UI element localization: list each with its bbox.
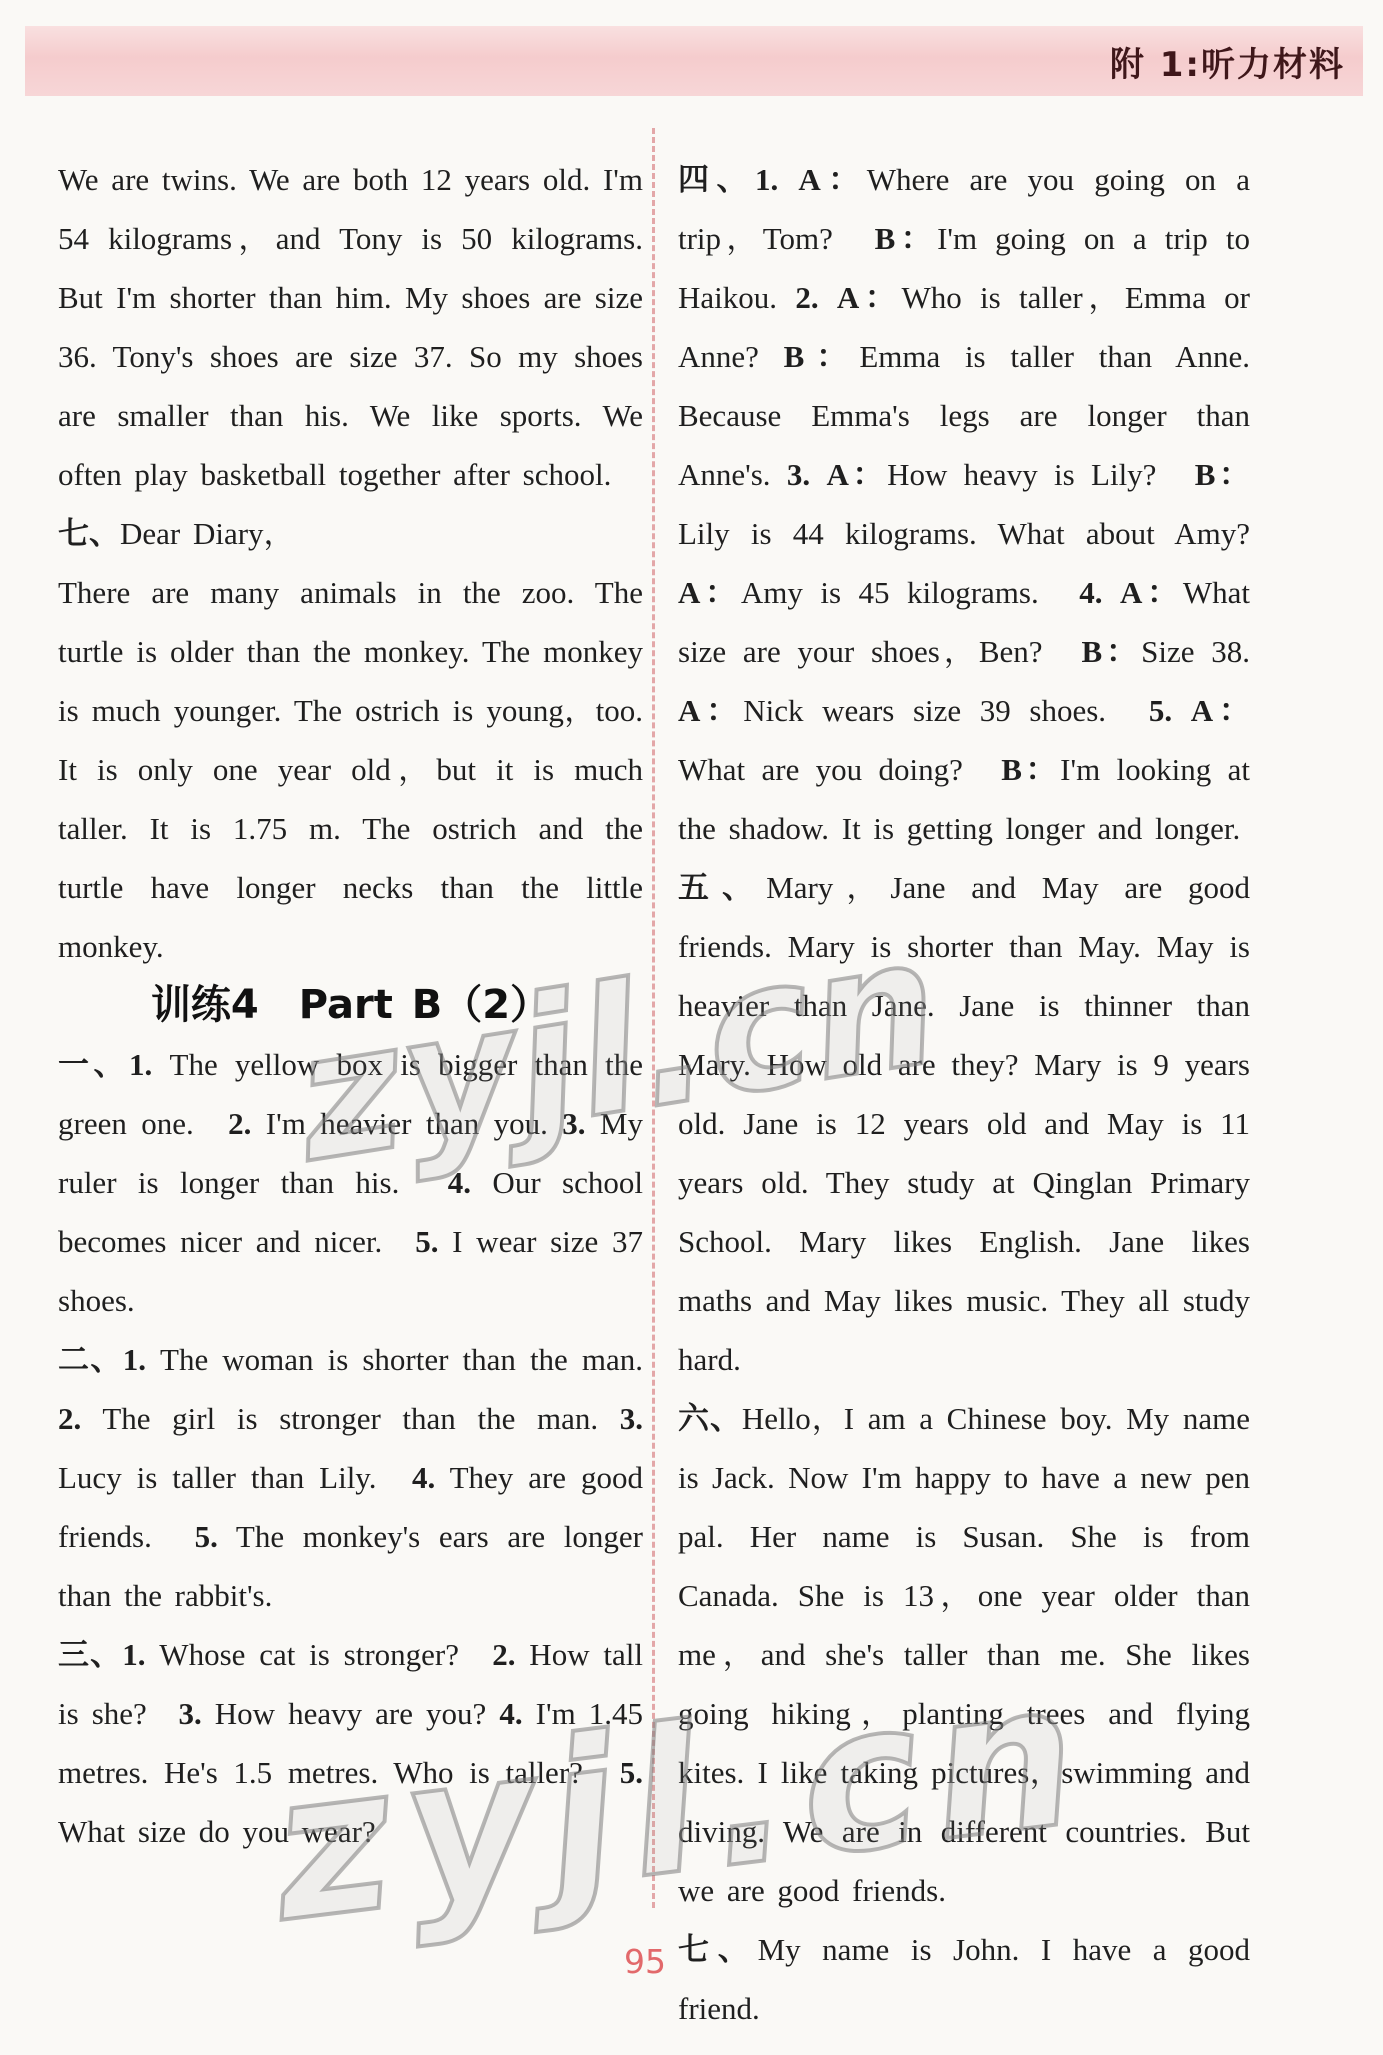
text-run: Whose cat is stronger? <box>145 1637 492 1672</box>
bold-run: A： <box>798 162 866 197</box>
bold-run: A： <box>678 693 743 728</box>
bold-run: A： <box>678 575 741 610</box>
bold-run: 4. <box>448 1165 471 1200</box>
bold-run: 5. <box>1149 693 1172 728</box>
bold-run: A： <box>1120 575 1183 610</box>
bold-run: B： <box>1001 752 1060 787</box>
bold-run: A： <box>1191 693 1250 728</box>
paragraph: 一、1. The yellow box is bigger than the g… <box>58 1035 643 1330</box>
text-run: How heavy is Lily? <box>887 457 1195 492</box>
paragraph: 四、1. A：Where are you going on a trip，Tom… <box>678 150 1250 858</box>
text-run: Lucy is taller than Lily. <box>58 1460 412 1495</box>
bold-run: 二、1. <box>58 1342 146 1377</box>
bold-run: 训练4 Part B（2） <box>151 982 550 1028</box>
text-run: My name is John. I have a good friend. <box>678 1932 1250 2026</box>
text-run <box>819 280 837 315</box>
bold-run: 5. <box>415 1224 438 1259</box>
paragraph: 七、Dear Diary， <box>58 504 643 563</box>
paragraph: There are many animals in the zoo. The t… <box>58 563 643 976</box>
bold-run: 一、1. <box>58 1047 152 1082</box>
bold-run: B： <box>1082 634 1142 669</box>
text-run: There are many animals in the zoo. The t… <box>58 575 643 964</box>
paragraph: 七、My name is John. I have a good friend. <box>678 1920 1250 2038</box>
bold-run: A： <box>837 280 902 315</box>
bold-run: 4. <box>499 1696 522 1731</box>
bold-run: 3. <box>787 457 810 492</box>
bold-run: 三、1. <box>58 1637 145 1672</box>
text-run: Dear Diary， <box>120 516 295 551</box>
bold-run: 5. <box>195 1519 218 1554</box>
text-run: Size 38. <box>1141 634 1281 669</box>
paragraph: 二、1. The woman is shorter than the man. … <box>58 1330 643 1625</box>
bold-run: 六、 <box>678 1401 742 1436</box>
text-run: Mary，Jane and May are good friends. Mary… <box>678 870 1250 1377</box>
text-run: The girl is stronger than the man. <box>81 1401 620 1436</box>
right-column: 四、1. A：Where are you going on a trip，Tom… <box>678 150 1250 2038</box>
text-run <box>1172 693 1191 728</box>
bold-run: 四、1. <box>678 162 778 197</box>
scanned-page: 附 1:听力材料 We are twins. We are both 12 ye… <box>0 0 1383 2055</box>
page-number: 95 <box>600 1942 690 1981</box>
paragraph: 三、1. Whose cat is stronger? 2. How tall … <box>58 1625 643 1861</box>
bold-run: 五、 <box>678 870 766 905</box>
text-run: Nick wears size 39 shoes. <box>743 693 1149 728</box>
text-run: The woman is shorter than the man. <box>146 1342 643 1377</box>
text-run <box>810 457 826 492</box>
bold-run: 4. <box>412 1460 435 1495</box>
text-run: Amy is 45 kilograms. <box>741 575 1079 610</box>
left-column: We are twins. We are both 12 years old. … <box>58 150 643 1861</box>
paragraph: We are twins. We are both 12 years old. … <box>58 150 643 504</box>
bold-run: 2. <box>492 1637 515 1672</box>
text-run: What are you doing? <box>678 752 1001 787</box>
bold-run: B： <box>1195 457 1250 492</box>
bold-run: 3. <box>562 1106 585 1141</box>
header-bar: 附 1:听力材料 <box>25 26 1363 96</box>
bold-run: B： <box>875 221 937 256</box>
text-run: What size do you wear? <box>58 1814 376 1849</box>
text-run: How heavy are you? <box>202 1696 500 1731</box>
paragraph: 六、Hello，I am a Chinese boy. My name is J… <box>678 1389 1250 1920</box>
text-run: I'm heavier than you. <box>251 1106 562 1141</box>
bold-run: 七、 <box>58 516 120 551</box>
bold-run: 5. <box>620 1755 643 1790</box>
bold-run: B： <box>784 339 860 374</box>
bold-run: 4. <box>1079 575 1102 610</box>
bold-run: 2. <box>795 280 818 315</box>
section-heading: 训练4 Part B（2） <box>58 976 643 1035</box>
bold-run: 2. <box>228 1106 251 1141</box>
text-run <box>1102 575 1119 610</box>
text-run: We are twins. We are both 12 years old. … <box>58 162 643 492</box>
bold-run: 3. <box>178 1696 201 1731</box>
column-divider <box>652 128 655 1908</box>
header-title: 附 1:听力材料 <box>1110 37 1345 86</box>
paragraph: 五、Mary，Jane and May are good friends. Ma… <box>678 858 1250 1389</box>
text-run: Hello，I am a Chinese boy. My name is Jac… <box>678 1401 1250 1908</box>
bold-run: 2. <box>58 1401 81 1436</box>
text-run: Lily is 44 kilograms. What about Amy? <box>678 516 1281 551</box>
bold-run: A： <box>826 457 887 492</box>
bold-run: 3. <box>620 1401 643 1436</box>
text-run <box>778 162 798 197</box>
